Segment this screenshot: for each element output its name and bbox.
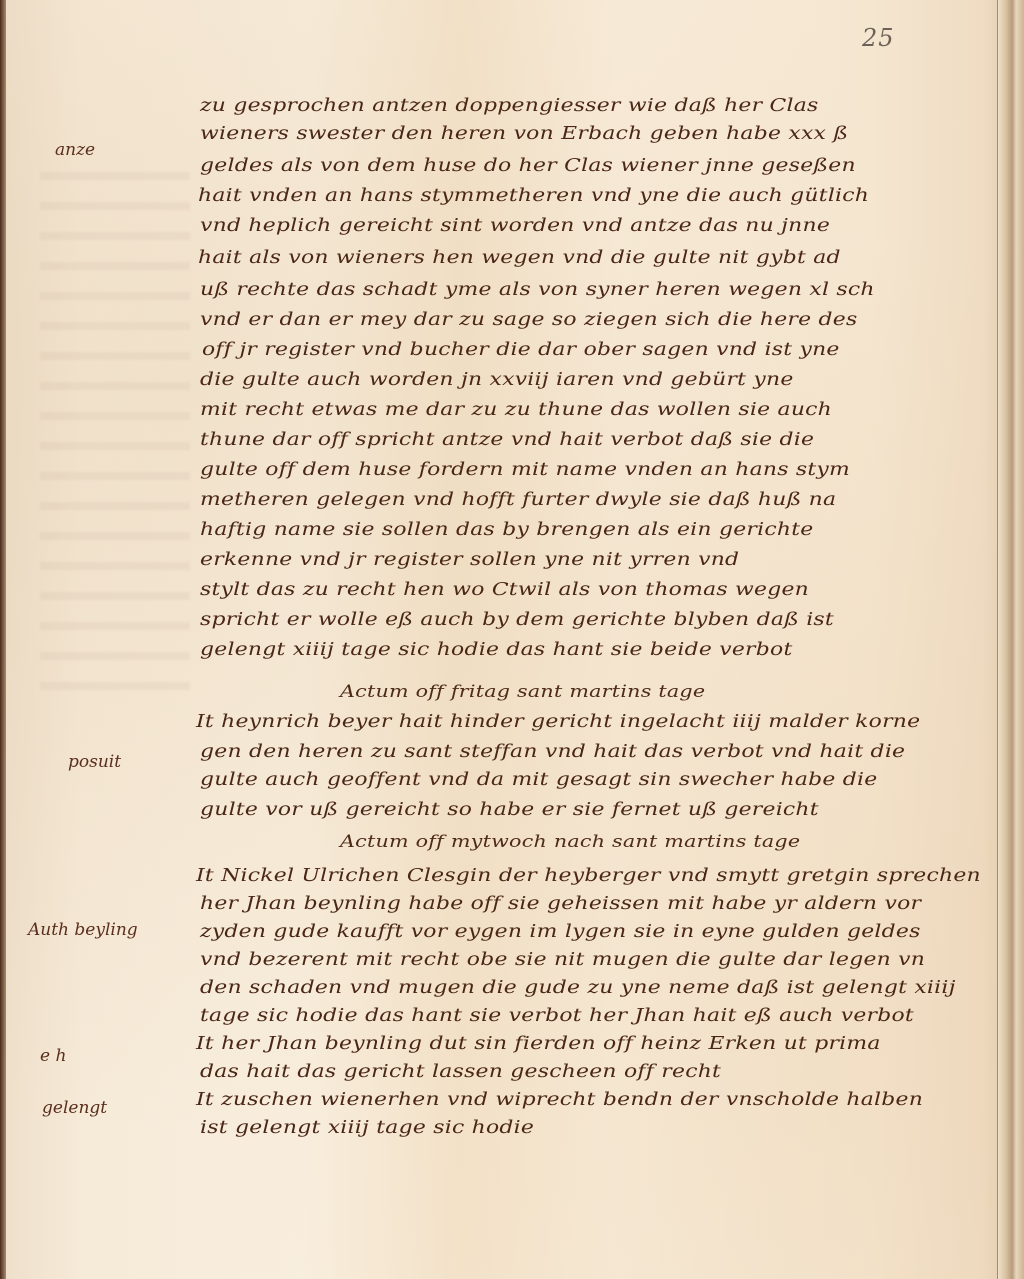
- text-line: vnd er dan er mey dar zu sage so ziegen …: [200, 310, 857, 330]
- entry-date-heading: Actum off fritag sant martins tage: [340, 682, 705, 701]
- text-line: zu gesprochen antzen doppengiesser wie d…: [200, 96, 819, 116]
- text-line: It zuschen wienerhen vnd wiprecht bendn …: [196, 1090, 923, 1110]
- text-line: off jr register vnd bucher die dar ober …: [202, 340, 840, 360]
- text-line: metheren gelegen vnd hofft furter dwyle …: [200, 490, 836, 510]
- text-line: erkenne vnd jr register sollen yne nit y…: [200, 550, 739, 570]
- margin-note: gelengt: [42, 1098, 107, 1118]
- text-line: hait vnden an hans stymmetheren vnd yne …: [198, 186, 869, 206]
- text-line: hait als von wieners hen wegen vnd die g…: [198, 248, 841, 268]
- text-line: ist gelengt xiiij tage sic hodie: [200, 1118, 534, 1138]
- text-line: geldes als von dem huse do her Clas wien…: [200, 156, 856, 176]
- folio-number: 25: [862, 24, 895, 52]
- margin-note: e h: [40, 1046, 66, 1066]
- text-line: gen den heren zu sant steffan vnd hait d…: [200, 742, 905, 762]
- text-line: tage sic hodie das hant sie verbot her J…: [200, 1006, 914, 1026]
- margin-note: anze: [55, 140, 95, 160]
- margin-note: Auth beyling: [28, 920, 138, 940]
- text-line: It her Jhan beynling dut sin fierden off…: [196, 1034, 881, 1054]
- ink-bleed-through: [40, 150, 190, 710]
- margin-note: posuit: [68, 752, 121, 772]
- text-line: thune dar off spricht antze vnd hait ver…: [200, 430, 814, 450]
- text-line: das hait das gericht lassen gescheen off…: [200, 1062, 721, 1082]
- text-line: haftig name sie sollen das by brengen al…: [200, 520, 813, 540]
- text-line: gelengt xiiij tage sic hodie das hant si…: [200, 640, 793, 660]
- text-line: zyden gude kaufft vor eygen im lygen sie…: [200, 922, 921, 942]
- text-line: gulte off dem huse fordern mit name vnde…: [200, 460, 850, 480]
- entry-date-heading: Actum off mytwoch nach sant martins tage: [340, 832, 800, 851]
- page-fore-edge: [997, 0, 1024, 1279]
- text-line: vnd heplich gereicht sint worden vnd ant…: [200, 216, 830, 236]
- text-line: mit recht etwas me dar zu zu thune das w…: [200, 400, 832, 420]
- text-line: uß rechte das schadt yme als von syner h…: [200, 280, 875, 300]
- text-line: stylt das zu recht hen wo Ctwil als von …: [200, 580, 809, 600]
- text-line: It heynrich beyer hait hinder gericht in…: [196, 712, 920, 732]
- manuscript-page: 25 anzeposuitAuth beylinge hgelengt zu g…: [0, 0, 1024, 1279]
- text-line: her Jhan beynling habe off sie geheissen…: [200, 894, 921, 914]
- text-line: spricht er wolle eß auch by dem gerichte…: [200, 610, 834, 630]
- binding-edge: [0, 0, 6, 1279]
- text-line: wieners swester den heren von Erbach geb…: [200, 124, 848, 144]
- text-line: den schaden vnd mugen die gude zu yne ne…: [200, 978, 956, 998]
- text-line: die gulte auch worden jn xxviij iaren vn…: [200, 370, 794, 390]
- text-line: gulte auch geoffent vnd da mit gesagt si…: [200, 770, 877, 790]
- text-line: It Nickel Ulrichen Clesgin der heyberger…: [196, 866, 981, 886]
- text-line: gulte vor uß gereicht so habe er sie fer…: [200, 800, 819, 820]
- text-line: vnd bezerent mit recht obe sie nit mugen…: [200, 950, 925, 970]
